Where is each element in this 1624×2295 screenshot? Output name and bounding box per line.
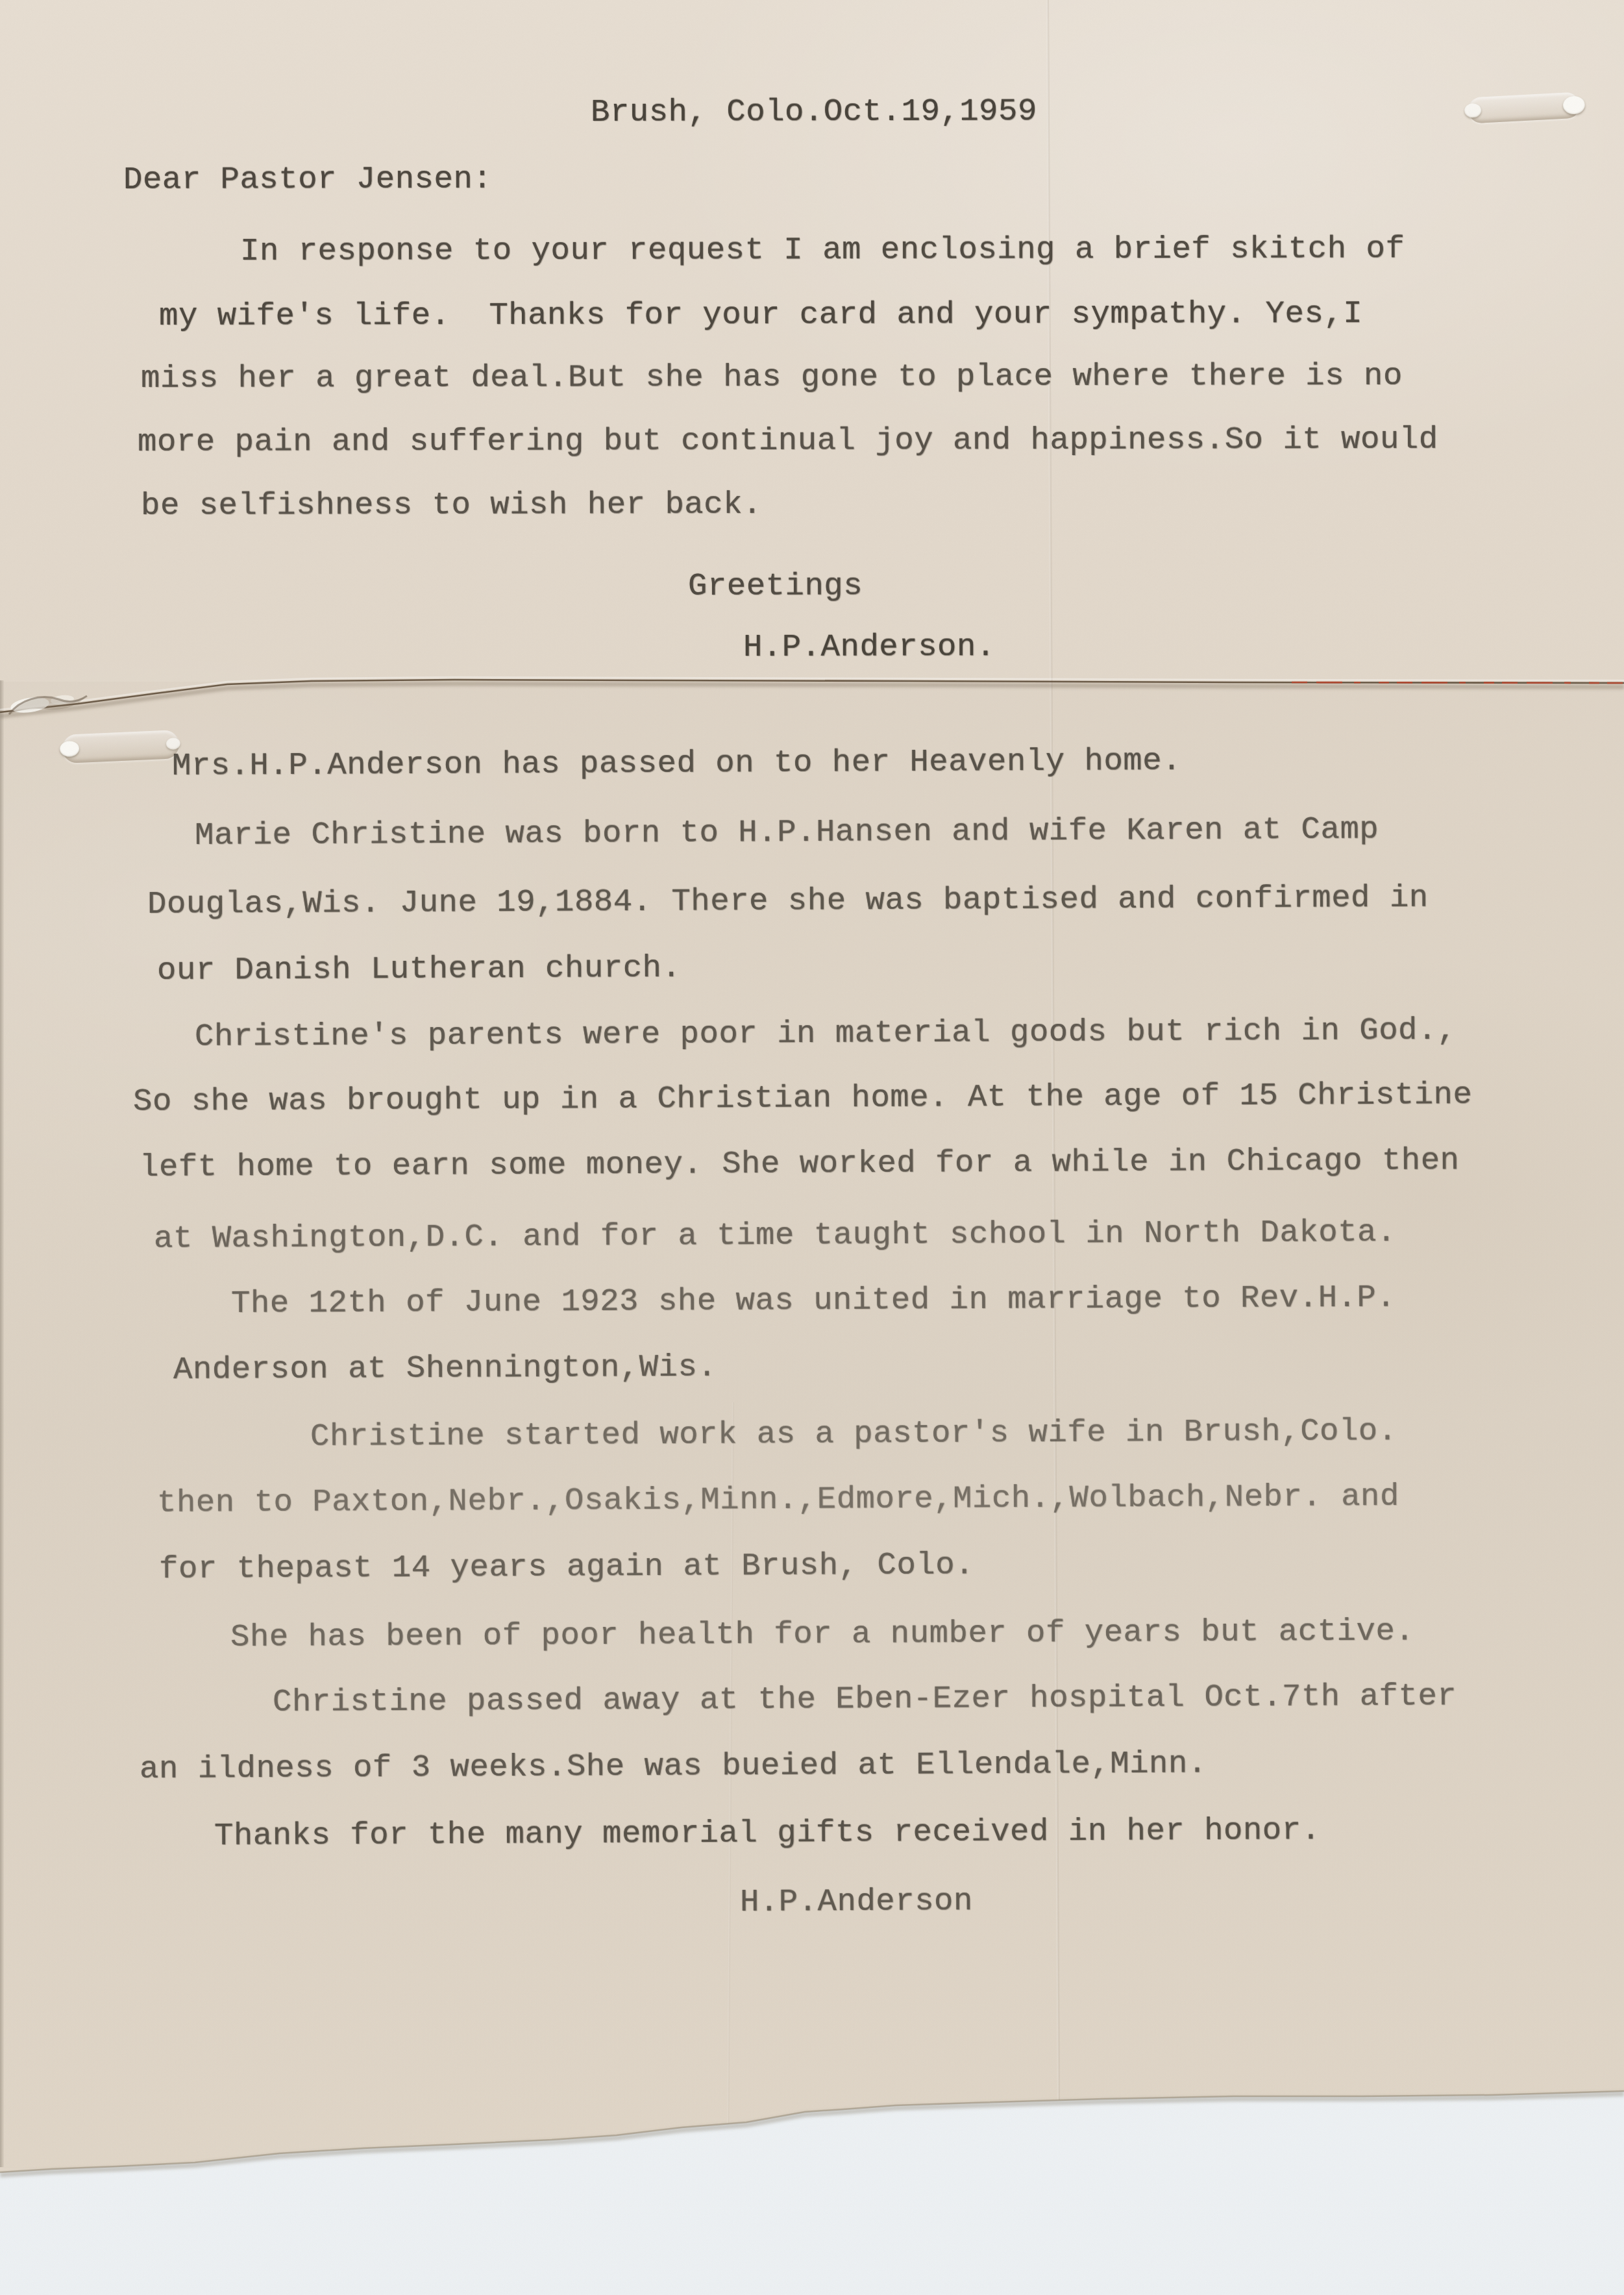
typed-line: In response to your request I am enclosi… <box>240 232 1405 268</box>
staple-mark <box>62 730 180 763</box>
typed-line: be selfishness to wish her back. <box>141 488 762 523</box>
typed-line: Christine's parents were poor in materia… <box>195 1014 1457 1054</box>
typed-line: miss her a great deal.But she has gone t… <box>141 360 1403 396</box>
typed-line: Douglas,Wis. June 19,1884. There she was… <box>147 882 1429 922</box>
letter-dateline: Brush, Colo.Oct.19,1959 <box>591 95 1037 130</box>
typed-line: She has been of poor health for a number… <box>230 1615 1414 1654</box>
typed-line: So she was brought up in a Christian hom… <box>133 1078 1473 1119</box>
typed-line: Anderson at Shennington,Wis. <box>173 1351 717 1387</box>
typed-line: Thanks for the many memorial gifts recei… <box>214 1814 1321 1853</box>
letter-signature: H.P.Anderson. <box>743 630 996 664</box>
paper-sheet: Brush, Colo.Oct.19,1959 Dear Pastor Jens… <box>0 0 1624 2295</box>
typed-line: at Washington,D.C. and for a time taught… <box>154 1216 1396 1256</box>
typed-line: The 12th of June 1923 she was united in … <box>231 1282 1396 1321</box>
staple-hole <box>1562 95 1585 115</box>
staple-hole <box>1464 103 1482 118</box>
typed-line: left home to earn some money. She worked… <box>140 1144 1460 1184</box>
typed-line: an ildness of 3 weeks.She was bueied at … <box>140 1747 1207 1786</box>
typed-line: more pain and suffering but continual jo… <box>138 423 1438 460</box>
typed-line: our Danish Lutheran church. <box>157 952 682 988</box>
letter-closing: Greetings <box>688 569 863 603</box>
typed-line: my wife's life. Thanks for your card and… <box>159 297 1362 333</box>
typed-line: Christine passed away at the Eben-Ezer h… <box>273 1680 1457 1719</box>
scanned-letter: Brush, Colo.Oct.19,1959 Dear Pastor Jens… <box>0 0 1624 2295</box>
typed-line: Mrs.H.P.Anderson has passed on to her He… <box>172 745 1181 784</box>
typed-line: Christine started work as a pastor's wif… <box>310 1415 1397 1454</box>
typed-line: Marie Christine was born to H.P.Hansen a… <box>195 813 1379 852</box>
staple-mark <box>1468 92 1581 124</box>
typed-line: then to Paxton,Nebr.,Osakis,Minn.,Edmore… <box>157 1480 1399 1520</box>
paper-left-edge <box>0 680 4 2167</box>
obituary-signature: H.P.Anderson <box>740 1885 973 1919</box>
staple-hole <box>60 741 80 757</box>
typed-line: for thepast 14 years again at Brush, Col… <box>159 1548 974 1586</box>
letter-salutation: Dear Pastor Jensen: <box>123 163 492 197</box>
